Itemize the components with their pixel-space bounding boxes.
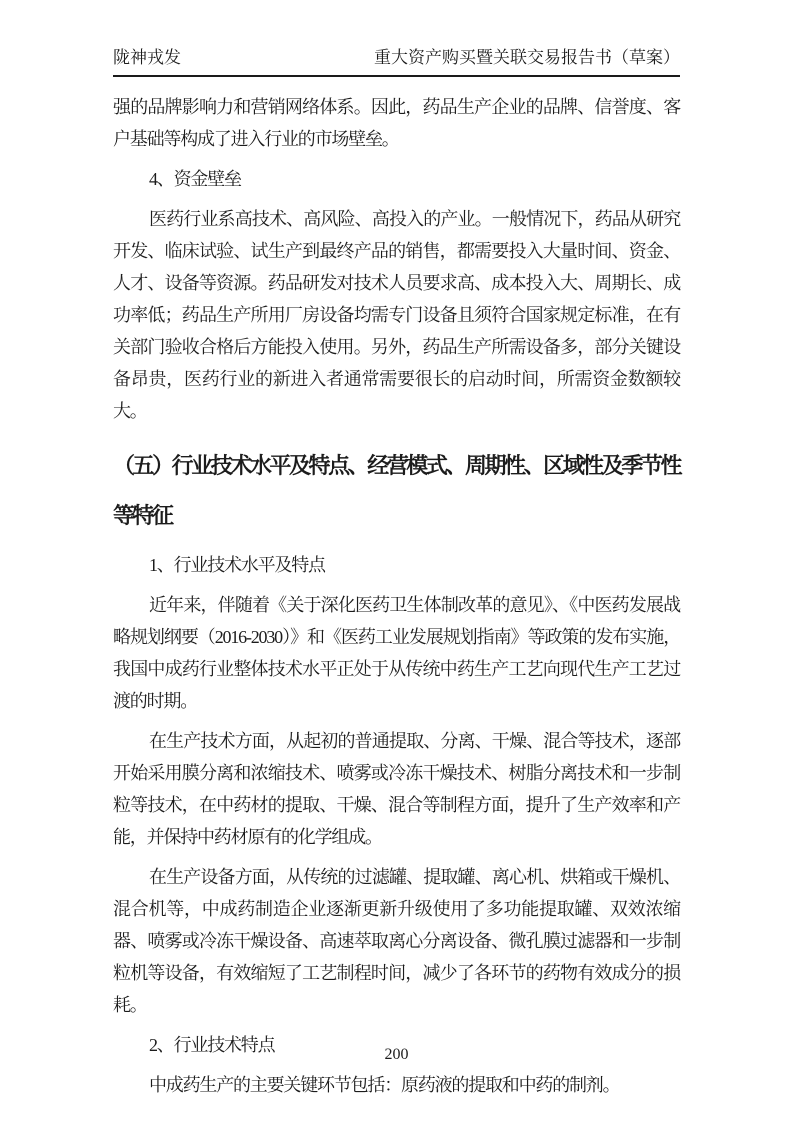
paragraph-production-technology: 在生产技术方面，从起初的普通提取、分离、干燥、混合等技术，逐部开始采用膜分离和浓… (113, 725, 680, 853)
paragraph-key-production-steps: 中成药生产的主要关键环节包括：原药液的提取和中药的制剂。 (113, 1069, 680, 1101)
report-page: 陇神戎发 重大资产购买暨关联交易报告书（草案） 强的品牌影响力和营销网络体系。因… (0, 0, 793, 1122)
page-content: 强的品牌影响力和营销网络体系。因此，药品生产企业的品牌、信誉度、客户基础等构成了… (113, 91, 680, 1101)
heading-section-five: （五）行业技术水平及特点、经营模式、周期性、区域性及季节性等特征 (113, 441, 680, 541)
page-header: 陇神戎发 重大资产购买暨关联交易报告书（草案） (113, 47, 680, 77)
page-number: 200 (0, 1046, 793, 1064)
heading-capital-barrier: 4、资金壁垒 (113, 163, 680, 195)
paragraph-capital-barrier: 医药行业系高技术、高风险、高投入的产业。一般情况下，药品从研究开发、临床试验、试… (113, 203, 680, 427)
paragraph-tech-level: 近年来，伴随着《关于深化医药卫生体制改革的意见》、《中医药发展战略规划纲要（20… (113, 589, 680, 717)
paragraph-brand-barrier-continuation: 强的品牌影响力和营销网络体系。因此，药品生产企业的品牌、信誉度、客户基础等构成了… (113, 91, 680, 155)
paragraph-production-equipment: 在生产设备方面，从传统的过滤罐、提取罐、离心机、烘箱或干燥机、混合机等，中成药制… (113, 861, 680, 1021)
heading-industry-tech-level: 1、行业技术水平及特点 (113, 549, 680, 581)
header-company-name: 陇神戎发 (113, 47, 181, 69)
header-report-title: 重大资产购买暨关联交易报告书（草案） (374, 47, 680, 69)
